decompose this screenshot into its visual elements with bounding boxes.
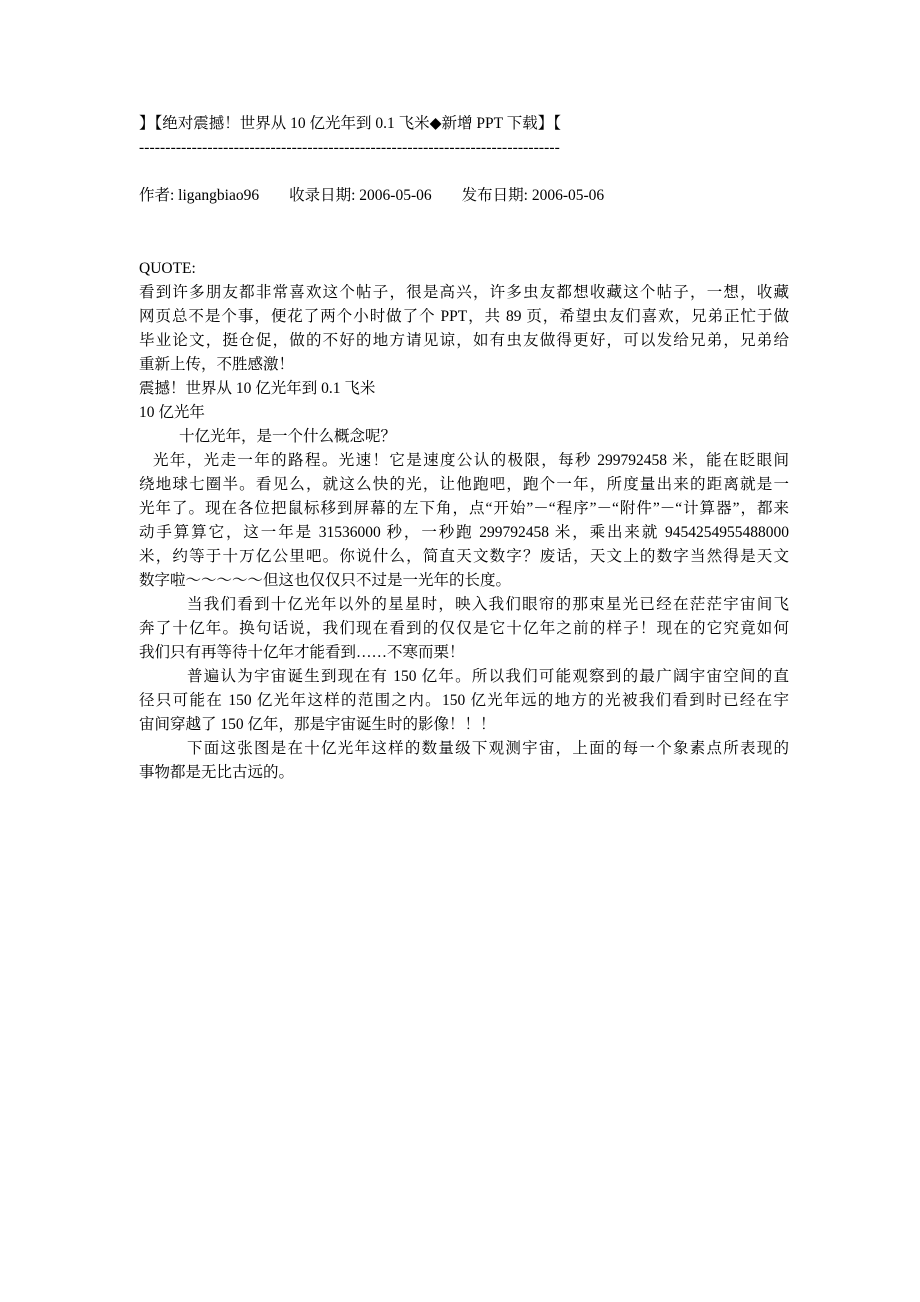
text-line: 普遍认为宇宙诞生到现在有 150 亿年。所以我们可能观察到的最广阔宇宙空间的直 [139,665,789,689]
light-year-paragraph: 光年，光走一年的路程。光速！它是速度公认的极限，每秒 299792458 米，能… [139,449,789,593]
picture-paragraph: 下面这张图是在十亿光年这样的数量级下观测宇宙，上面的每一个象素点所表现的 事物都… [139,737,789,785]
universe-paragraph: 普遍认为宇宙诞生到现在有 150 亿年。所以我们可能观察到的最广阔宇宙空间的直 … [139,665,789,737]
text-line: 下面这张图是在十亿光年这样的数量级下观测宇宙，上面的每一个象素点所表现的 [139,737,789,761]
text-line: 光年了。现在各位把鼠标移到屏幕的左下角，点“开始”－“程序”－“附件”－“计算器… [139,497,789,521]
author-field: 作者: ligangbiao96 [139,187,259,204]
document-body: QUOTE: 看到许多朋友都非常喜欢这个帖子，很是高兴，许多虫友都想收藏这个帖子… [139,257,789,785]
text-line: 奔了十亿年。换句话说，我们现在看到的仅仅是它十亿年之前的样子！现在的它究竟如何 [139,617,789,641]
text-line: 米，约等于十万亿公里吧。你说什么，简直天文数字？废话，天文上的数字当然得是天文 [139,545,789,569]
section-heading: 震撼！世界从 10 亿光年到 0.1 飞米 [139,377,789,401]
stars-paragraph: 当我们看到十亿光年以外的星星时，映入我们眼帘的那束星光已经在茫茫宇宙间飞 奔了十… [139,593,789,665]
text-line: 当我们看到十亿光年以外的星星时，映入我们眼帘的那束星光已经在茫茫宇宙间飞 [139,593,789,617]
text-line: 动手算算它，这一年是 31536000 秒，一秒跑 299792458 米，乘出… [139,521,789,545]
subsection-heading: 10 亿光年 [139,401,789,425]
quote-label: QUOTE: [139,257,789,281]
document-title: 】【绝对震撼！世界从 10 亿光年到 0.1 飞米◆新增 PPT 下载】【 [139,113,561,135]
text-line: 重新上传，不胜感激！ [139,353,789,377]
collected-date-field: 收录日期: 2006-05-06 [289,187,432,204]
text-line: 径只可能在 150 亿光年这样的范围之内。150 亿光年远的地方的光被我们看到时… [139,689,789,713]
intro-paragraph: 看到许多朋友都非常喜欢这个帖子，很是高兴，许多虫友都想收藏这个帖子，一想，收藏 … [139,281,789,377]
text-line: 看到许多朋友都非常喜欢这个帖子，很是高兴，许多虫友都想收藏这个帖子，一想，收藏 [139,281,789,305]
text-line: 毕业论文，挺仓促，做的不好的地方请见谅，如有虫友做得更好，可以发给兄弟，兄弟给 [139,329,789,353]
text-line: 绕地球七圈半。看见么，就这么快的光，让他跑吧，跑个一年，所度量出来的距离就是一 [139,473,789,497]
text-line: 事物都是无比古远的。 [139,761,789,785]
separator-line: ----------------------------------------… [139,137,560,159]
published-date-field: 发布日期: 2006-05-06 [462,187,605,204]
question-line: 十亿光年，是一个什么概念呢？ [139,425,789,449]
text-line: 光年，光走一年的路程。光速！它是速度公认的极限，每秒 299792458 米，能… [139,449,789,473]
text-line: 网页总不是个事，便花了两个小时做了个 PPT，共 89 页，希望虫友们喜欢，兄弟… [139,305,789,329]
text-line: 数字啦～～～～～但这也仅仅只不过是一光年的长度。 [139,569,789,593]
text-line: 宙间穿越了 150 亿年，那是宇宙诞生时的影像！！！ [139,713,789,737]
document-meta: 作者: ligangbiao96收录日期: 2006-05-06发布日期: 20… [139,185,604,207]
text-line: 我们只有再等待十亿年才能看到……不寒而栗！ [139,641,789,665]
